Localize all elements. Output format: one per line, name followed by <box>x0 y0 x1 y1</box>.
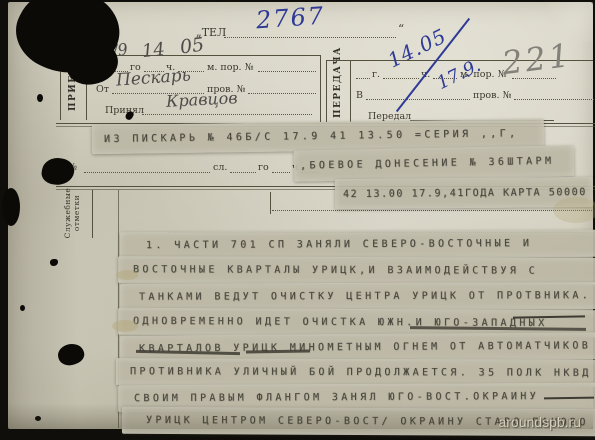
service-marks-ruling-1 <box>272 210 592 211</box>
priem-por-fill <box>258 71 316 72</box>
service-marks-label-line2: отметки <box>72 195 81 231</box>
closing-quote-mark: “ <box>398 22 404 36</box>
telegram-meta-text: 42 13.00 17.9,41ГОДА КАРТА 50000 <box>343 186 587 199</box>
ink-dot-3 <box>20 305 25 311</box>
priem-prov-fill <box>248 93 316 94</box>
priem-ot-label: От <box>96 84 109 95</box>
ink-blot-lower-left <box>55 340 87 369</box>
hw-telegram-number: 2767 <box>255 2 326 35</box>
service-no-fill <box>84 172 210 173</box>
site-watermark: aroundspb.ru <box>498 414 581 430</box>
glue-stain-1 <box>116 270 138 280</box>
ink-dot-1 <box>37 94 43 102</box>
telegram-body-line-2: ВОСТОЧНЫЕ КВАРТАЛЫ УРИЦК,И ВЗАИМОДЕЙСТВУ… <box>133 264 538 276</box>
priem-prinyal-label: Принял <box>105 105 144 116</box>
tel-fill-line <box>224 37 396 38</box>
ink-blot-left-edge <box>2 188 20 226</box>
peredacha-prov-label: пров. № <box>473 90 512 101</box>
tape-strip-body-1: 1. ЧАСТИ 701 СП ЗАНЯЛИ СЕВЕРО-ВОСТОЧНЫЕ … <box>120 230 595 260</box>
priem-mpor-label: м. пор. № <box>207 62 254 73</box>
telegram-origin-text: ИЗ ПИСКАРЬ № 46Б/С 17.9 41 13.50 =СЕРИЯ … <box>104 128 519 145</box>
peredacha-g-label: г. <box>372 69 380 80</box>
telegram-body-line-6: ПРОТИВНИКА УЛИЧНЫЙ БОЙ ПРОДОЛЖАЕТСЯ. 35 … <box>130 366 592 379</box>
service-go-label: го <box>258 162 269 173</box>
peredacha-h-fill <box>383 78 419 79</box>
hw-reception-minute: 05 <box>179 33 206 58</box>
hw-outgoing-number: 221 <box>500 36 574 82</box>
tape-strip-body-7: СВОИМ ПРАВЫМ ФЛАНГОМ ЗАНЯЛ ЮГО-ВОСТ.ОКРА… <box>118 383 595 413</box>
service-marks-label-line1: Служебные <box>63 188 72 239</box>
service-marks-label: Служебные отметки <box>63 183 81 243</box>
hw-received-by-signature: Кравцов <box>166 88 238 111</box>
peredacha-v-fill <box>366 99 470 100</box>
paper-fold-corner <box>547 2 593 42</box>
peredacha-box-left-line <box>326 60 327 122</box>
hw-sender-callsign: Пескарь <box>115 65 191 90</box>
ink-dot-2 <box>50 259 58 266</box>
service-marks-inner-divider <box>270 192 271 214</box>
glue-stain-3 <box>553 197 595 223</box>
service-sl-fill <box>230 172 256 173</box>
ink-dot-4 <box>35 416 41 421</box>
peredacha-g-fill0 <box>356 78 370 79</box>
telegram-subject-text: ,БОЕВОЕ ДОНЕСЕНИЕ № 36ШТАРМ <box>300 156 555 172</box>
tape-strip-body-2: ВОСТОЧНЫЕ КВАРТАЛЫ УРИЦК,И ВЗАИМОДЕЙСТВУ… <box>118 256 595 285</box>
telegram-body-line-1: 1. ЧАСТИ 701 СП ЗАНЯЛИ СЕВЕРО-ВОСТОЧНЫЕ … <box>146 238 532 251</box>
service-marks-divider-line <box>92 190 93 238</box>
peredacha-section-label: ПЕРЕДАЧА <box>333 64 343 118</box>
peredacha-prov-fill <box>514 99 594 100</box>
peredacha-label-divider-line <box>350 60 351 122</box>
hw-transmission-time: 14.05 <box>384 24 450 73</box>
telegram-body-line-7: СВОИМ ПРАВЫМ ФЛАНГОМ ЗАНЯЛ ЮГО-ВОСТ.ОКРА… <box>134 391 539 404</box>
tape-strip-body-3: ТАНКАМИ ВЕДУТ ОЧИСТКУ ЦЕНТРА УРИЦК ОТ ПР… <box>120 282 595 311</box>
hw-reception-hour: 14 <box>141 39 166 62</box>
tape-strip-subject: ,БОЕВОЕ ДОНЕСЕНИЕ № 36ШТАРМ <box>294 145 575 181</box>
peredacha-v-label: В <box>356 90 363 101</box>
telegram-body-line-3: ТАНКАМИ ВЕДУТ ОЧИСТКУ ЦЕНТРА УРИЦК ОТ ПР… <box>139 290 591 303</box>
service-sl-label: сл. <box>213 162 227 173</box>
service-go-fill <box>272 172 290 173</box>
priem-peredacha-divider <box>320 55 321 122</box>
priem-prinyal-fill <box>142 114 312 115</box>
telegram-form-paper: „ТЕЛ “ ПРИЕМ го ч. м. пор. № От пров. № … <box>8 2 593 429</box>
scanned-telegram-document: „ТЕЛ “ ПРИЕМ го ч. м. пор. № От пров. № … <box>0 0 595 440</box>
glue-stain-2 <box>112 320 138 332</box>
